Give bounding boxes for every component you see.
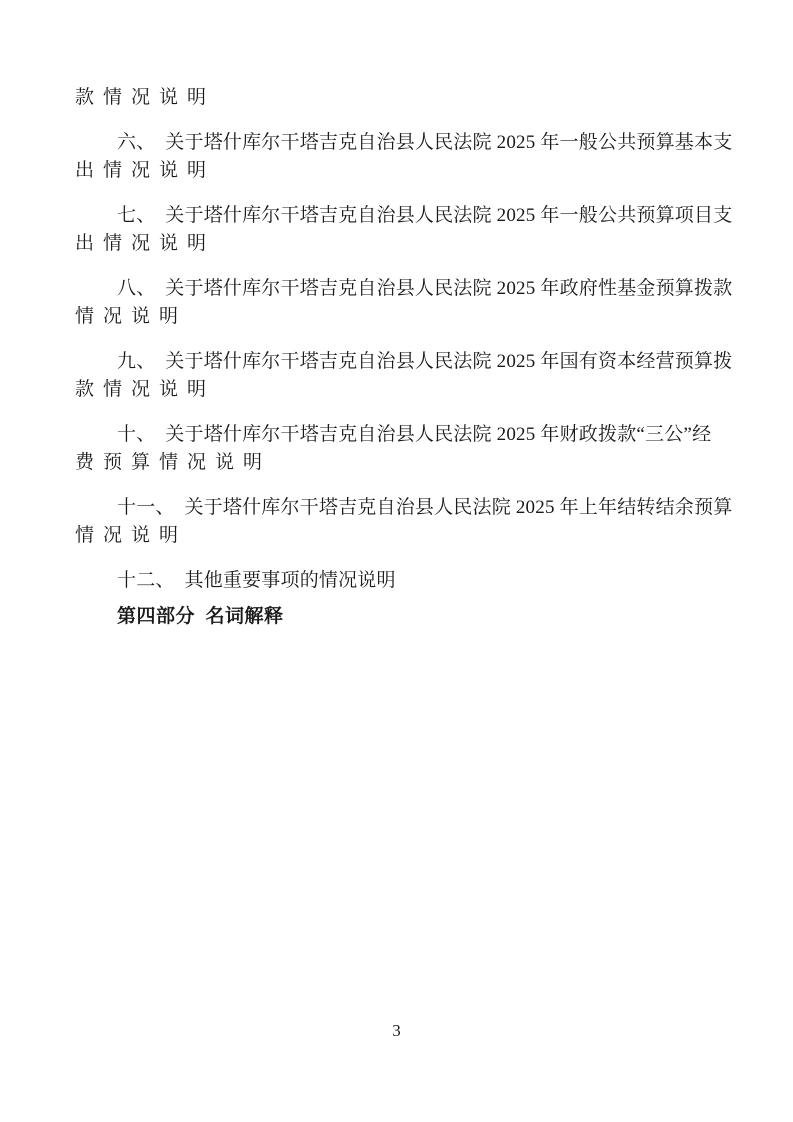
toc-item-10-line-2: 费预算情况说明: [75, 449, 723, 477]
toc-item-7-line-2: 出情况说明: [75, 230, 723, 258]
toc-item-12: 十二、 其他重要事项的情况说明: [75, 567, 723, 595]
toc-item-11-line-1: 十一、 关于塔什库尔干塔吉克自治县人民法院 2025 年上年结转结余预算: [75, 494, 723, 522]
toc-item-11-line-2: 情况说明: [75, 522, 723, 550]
toc-item-10: 十、 关于塔什库尔干塔吉克自治县人民法院 2025 年财政拨款“三公”经 费预算…: [75, 421, 723, 477]
toc-item-12-line-1: 十二、 其他重要事项的情况说明: [75, 567, 723, 595]
toc-item-7: 七、 关于塔什库尔干塔吉克自治县人民法院 2025 年一般公共预算项目支 出情况…: [75, 202, 723, 258]
toc-item-6: 六、 关于塔什库尔干塔吉克自治县人民法院 2025 年一般公共预算基本支 出情况…: [75, 129, 723, 185]
toc-item-10-line-1: 十、 关于塔什库尔干塔吉克自治县人民法院 2025 年财政拨款“三公”经: [75, 421, 723, 449]
toc-item-9: 九、 关于塔什库尔干塔吉克自治县人民法院 2025 年国有资本经营预算拨 款情况…: [75, 348, 723, 404]
toc-item-6-line-2: 出情况说明: [75, 157, 723, 185]
section-heading-text: 第四部分 名词解释: [75, 603, 723, 631]
page-number: 3: [0, 1021, 793, 1041]
toc-item-8: 八、 关于塔什库尔干塔吉克自治县人民法院 2025 年政府性基金预算拨款 情况说…: [75, 275, 723, 331]
toc-item-6-line-1: 六、 关于塔什库尔干塔吉克自治县人民法院 2025 年一般公共预算基本支: [75, 129, 723, 157]
document-page: 款情况说明 六、 关于塔什库尔干塔吉克自治县人民法院 2025 年一般公共预算基…: [0, 0, 793, 1122]
toc-item-9-line-2: 款情况说明: [75, 376, 723, 404]
toc-item-8-line-2: 情况说明: [75, 303, 723, 331]
toc-item-8-line-1: 八、 关于塔什库尔干塔吉克自治县人民法院 2025 年政府性基金预算拨款: [75, 275, 723, 303]
toc-item-7-line-1: 七、 关于塔什库尔干塔吉克自治县人民法院 2025 年一般公共预算项目支: [75, 202, 723, 230]
section-heading-part4: 第四部分 名词解释: [75, 603, 723, 631]
toc-item-5-tail: 款情况说明: [75, 84, 723, 112]
toc-item-9-line-1: 九、 关于塔什库尔干塔吉克自治县人民法院 2025 年国有资本经营预算拨: [75, 348, 723, 376]
toc-item-5-tail-line-1: 款情况说明: [75, 84, 723, 112]
toc-item-11: 十一、 关于塔什库尔干塔吉克自治县人民法院 2025 年上年结转结余预算 情况说…: [75, 494, 723, 550]
document-body: 款情况说明 六、 关于塔什库尔干塔吉克自治县人民法院 2025 年一般公共预算基…: [75, 84, 723, 648]
